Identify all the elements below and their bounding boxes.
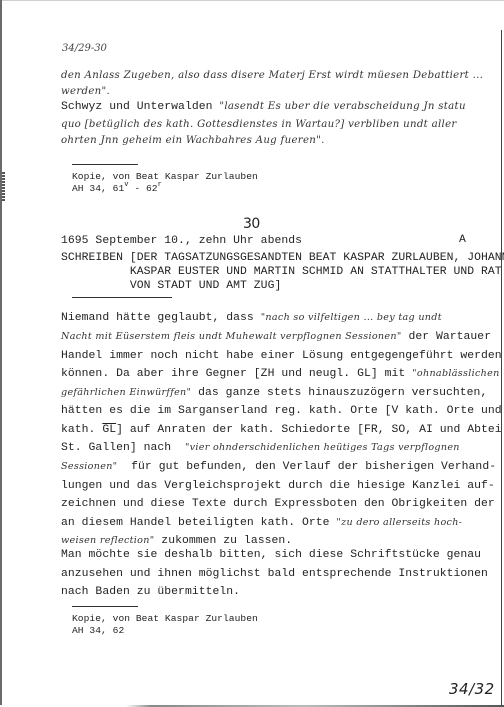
body-line-11: zeichnen und diese Texte durch Expressbo…: [61, 497, 495, 511]
body-text: können. Da aber ihre Gegner [ZH und neug…: [61, 368, 412, 380]
body-quote: "nach so vilfeltigen ... bey tag undt: [261, 312, 442, 323]
body-abbreviation-gl: GL: [102, 424, 116, 436]
archive-reference: 34/29-30: [62, 43, 107, 54]
previous-source-line-2: AH 34, 61v - 62r: [72, 182, 162, 196]
body-line-12: an diesem Handel beteiligten kath. Orte …: [61, 516, 462, 530]
previous-text-line-3-quote: "lasendt Es uber die verabscheidung Jn s…: [219, 101, 465, 112]
header-rule: [72, 297, 172, 298]
body-line-15: anzusehen und ihnen möglichst bald entsp…: [61, 567, 488, 581]
page-stamp: 34/32: [449, 680, 495, 698]
previous-text-line-3-plain: Schwyz und Unterwalden: [61, 101, 219, 113]
binding-marks: [2, 172, 5, 202]
body-quote: gefährlichen Einwürffen": [61, 387, 191, 398]
body-text: zukommen zu lassen.: [154, 535, 292, 547]
entry-date: 1695 September 10., zehn Uhr abends: [61, 234, 302, 248]
page-edge-left: [0, 0, 2, 707]
body-text: an diesem Handel beteiligten kath. Orte: [61, 517, 336, 529]
previous-text-line-5: ohrten Jnn geheim ein Wachbahres Aug fue…: [61, 134, 325, 148]
source-rule: [72, 606, 138, 607]
body-line-3: Handel immer noch nicht habe einer Lösun…: [61, 349, 502, 363]
previous-text-line-1: den Anlass Zugeben, also dass disere Mat…: [61, 69, 483, 83]
body-quote: "zu dero allerseits hoch-: [336, 517, 462, 528]
body-text: das ganze stets hinauszuzögern versuchte…: [191, 387, 487, 399]
body-quote: "ohnablässlichen: [412, 368, 499, 379]
body-quote: Sessionen": [61, 461, 117, 472]
page-edge-right: [501, 30, 502, 707]
body-text: Niemand hätte geglaubt, dass: [61, 312, 261, 324]
body-text: kath.: [61, 424, 102, 436]
footnote-rule: [72, 164, 138, 165]
entry-title-line-1: SCHREIBEN [DER TAGSATZUNGSGESANDTEN BEAT…: [61, 251, 504, 265]
body-line-7: kath. GL] auf Anraten der kath. Schiedor…: [61, 423, 502, 437]
body-line-13: weisen reflection" zukommen zu lassen.: [61, 534, 292, 548]
body-quote: weisen reflection": [61, 535, 154, 546]
body-line-4: können. Da aber ihre Gegner [ZH und neug…: [61, 367, 500, 381]
body-line-2: Nacht mit Eüserstem fleis undt Muhewalt …: [61, 330, 491, 344]
body-line-9: Sessionen" für gut befunden, den Verlauf…: [61, 460, 496, 474]
page-edge-top: [0, 0, 504, 1]
document-number: 30: [243, 216, 260, 232]
body-text: St. Gallen] nach: [61, 442, 185, 454]
scanned-document-page: 34/29-30 den Anlass Zugeben, also dass d…: [0, 0, 504, 707]
previous-text-line-2: werden".: [61, 85, 110, 99]
body-line-8: St. Gallen] nach "vier ohnderschidenlich…: [61, 441, 460, 455]
body-quote: "vier ohnderschidenlichen heütiges Tags …: [185, 442, 460, 453]
source-line-2: AH 34, 62: [72, 624, 124, 638]
entry-title-line-3: VON STADT UND AMT ZUG]: [61, 279, 281, 293]
body-line-6: hätten es die im Sarganserland reg. kath…: [61, 404, 502, 418]
previous-text-line-4: quo [betüglich des kath. Gottesdienstes …: [61, 118, 457, 132]
previous-source-folio-start: AH 34, 61: [72, 183, 124, 194]
previous-source-folio-end: - 62: [129, 183, 158, 194]
body-line-5: gefährlichen Einwürffen" das ganze stets…: [61, 386, 487, 400]
previous-text-line-3: Schwyz und Unterwalden "lasendt Es uber …: [61, 100, 466, 114]
body-line-10: lungen und das Vergleichsprojekt durch d…: [61, 479, 495, 493]
folio-recto-marker: r: [158, 181, 162, 189]
body-line-14: Man möchte sie deshalb bitten, sich dies…: [61, 548, 481, 562]
body-line-16: nach Baden zu übermitteln.: [61, 585, 240, 599]
entry-title-line-2: KASPAR EUSTER UND MARTIN SCHMID AN STATT…: [61, 265, 502, 279]
entry-classification: A: [459, 234, 466, 246]
body-text: für gut befunden, den Verlauf der bisher…: [117, 461, 496, 473]
body-quote: Nacht mit Eüserstem fleis undt Muhewalt …: [61, 331, 402, 342]
body-text: ] auf Anraten der kath. Schiedorte [FR, …: [116, 424, 502, 436]
body-text: der Wartauer: [402, 331, 492, 343]
body-line-1: Niemand hätte geglaubt, dass "nach so vi…: [61, 311, 442, 325]
